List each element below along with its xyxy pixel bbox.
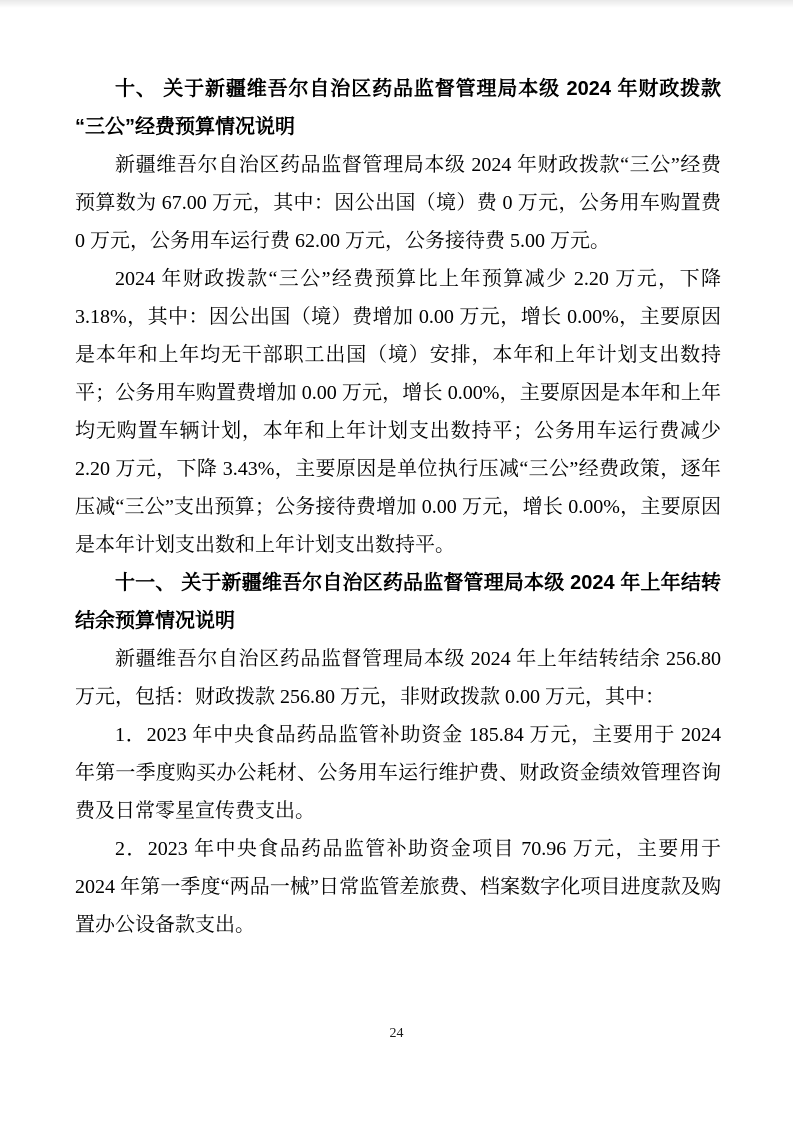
body-paragraph: 2024 年财政拨款“三公”经费预算比上年预算减少 2.20 万元，下降 3.1… xyxy=(75,260,721,564)
section-eleven: 十一、 关于新疆维吾尔自治区药品监督管理局本级 2024 年上年结转结余预算情况… xyxy=(75,564,721,944)
scan-edge-artifact xyxy=(0,0,793,8)
body-paragraph: 新疆维吾尔自治区药品监督管理局本级 2024 年上年结转结余 256.80 万元… xyxy=(75,640,721,716)
body-paragraph: 新疆维吾尔自治区药品监督管理局本级 2024 年财政拨款“三公”经费预算数为 6… xyxy=(75,146,721,260)
section-ten: 十、 关于新疆维吾尔自治区药品监督管理局本级 2024 年财政拨款“三公”经费预… xyxy=(75,70,721,564)
page-number: 24 xyxy=(0,1026,793,1042)
numbered-item-1: 1．2023 年中央食品药品监管补助资金 185.84 万元，主要用于 2024… xyxy=(75,716,721,830)
document-page: 十、 关于新疆维吾尔自治区药品监督管理局本级 2024 年财政拨款“三公”经费预… xyxy=(0,0,793,1122)
section-heading: 十、 关于新疆维吾尔自治区药品监督管理局本级 2024 年财政拨款“三公”经费预… xyxy=(75,70,721,146)
section-heading: 十一、 关于新疆维吾尔自治区药品监督管理局本级 2024 年上年结转结余预算情况… xyxy=(75,564,721,640)
document-content: 十、 关于新疆维吾尔自治区药品监督管理局本级 2024 年财政拨款“三公”经费预… xyxy=(75,70,721,944)
numbered-item-2: 2．2023 年中央食品药品监管补助资金项目 70.96 万元，主要用于 202… xyxy=(75,830,721,944)
